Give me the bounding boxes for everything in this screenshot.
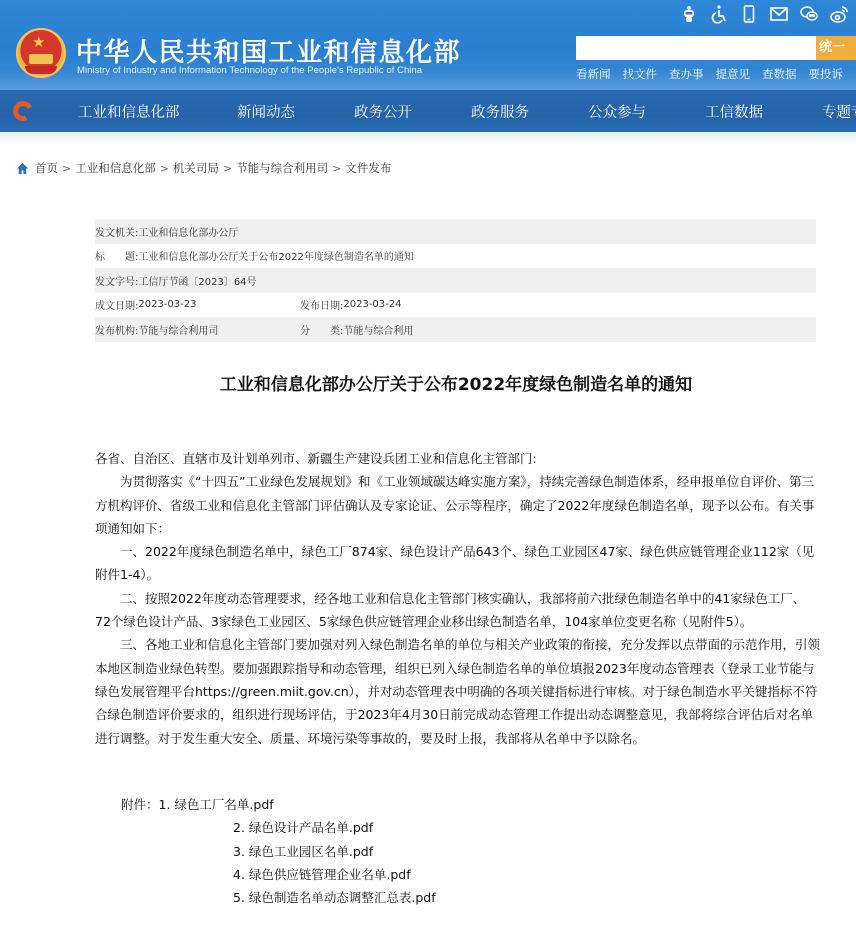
weibo-icon[interactable] bbox=[828, 3, 850, 25]
site-title[interactable]: 中华人民共和国工业和信息化部 bbox=[76, 32, 461, 69]
published-date-value: 2023-03-24 bbox=[343, 299, 401, 310]
quick-link-services[interactable]: 查办事 bbox=[669, 66, 704, 82]
attachment-row: 4. 绿色供应链管理企业名单.pdf bbox=[121, 863, 436, 886]
category-label: 分 类: bbox=[300, 322, 343, 337]
org-label: 发布机构: bbox=[95, 322, 138, 337]
issuer-label: 发文机关: bbox=[95, 224, 138, 239]
nav-item-government-affairs[interactable]: 政务公开 bbox=[354, 101, 412, 122]
breadcrumb-separator: > bbox=[62, 162, 71, 175]
title-label: 标 题: bbox=[95, 248, 138, 263]
doc-number-value: 工信厅节函〔2023〕64号 bbox=[138, 273, 256, 288]
nav-item-data[interactable]: 工信数据 bbox=[705, 101, 763, 122]
article-body: 各省、自治区、直辖市及计划单列市、新疆生产建设兵团工业和信息化主管部门: 为贯彻… bbox=[95, 447, 820, 750]
nav-logo-icon[interactable] bbox=[10, 98, 36, 124]
ribbon-shape bbox=[25, 66, 57, 74]
meta-row-issuer: 发文机关: 工业和信息化部办公厅 bbox=[95, 219, 816, 244]
attachments-label: 附件： bbox=[121, 793, 159, 816]
quick-link-news[interactable]: 看新闻 bbox=[576, 66, 611, 82]
quick-link-documents[interactable]: 找文件 bbox=[623, 66, 658, 82]
org-value: 节能与综合利用司 bbox=[138, 322, 218, 337]
attachment-link-4[interactable]: 4. 绿色供应链管理企业名单.pdf bbox=[233, 867, 411, 882]
nav-item-ministry[interactable]: 工业和信息化部 bbox=[78, 101, 180, 122]
attachment-row: 3. 绿色工业园区名单.pdf bbox=[121, 840, 436, 863]
article-title: 工业和信息化部办公厅关于公布2022年度绿色制造名单的通知 bbox=[0, 370, 856, 395]
quick-link-complaint[interactable]: 要投诉 bbox=[809, 66, 844, 82]
home-icon[interactable] bbox=[16, 162, 29, 175]
nav-item-topics[interactable]: 专题专栏 bbox=[822, 101, 856, 122]
org-cell: 发布机构: 节能与综合利用司 bbox=[95, 322, 300, 337]
star-icon: ★ bbox=[32, 35, 45, 50]
written-date-label: 成文日期: bbox=[95, 297, 138, 312]
attachment-link-1[interactable]: 1. 绿色工厂名单.pdf bbox=[159, 797, 274, 812]
paragraph-1: 一、2022年度绿色制造名单中，绿色工厂874家、绿色设计产品643个、绿色工业… bbox=[95, 540, 820, 587]
attachment-link-2[interactable]: 2. 绿色设计产品名单.pdf bbox=[233, 820, 373, 835]
nav-item-news[interactable]: 新闻动态 bbox=[237, 101, 295, 122]
breadcrumb-documents[interactable]: 文件发布 bbox=[345, 160, 391, 176]
doc-number-label: 发文字号: bbox=[95, 273, 138, 288]
published-date-label: 发布日期: bbox=[300, 297, 343, 312]
nav-shadow bbox=[0, 132, 856, 144]
tiananmen-gate-shape bbox=[29, 54, 53, 64]
paragraph-3: 三、各地工业和信息化主管部门要加强对列入绿色制造名单的单位与相关产业政策的衔接，… bbox=[95, 633, 820, 749]
breadcrumb-ministry[interactable]: 工业和信息化部 bbox=[75, 160, 156, 176]
site-header: ★ 中华人民共和国工业和信息化部 Ministry of Industry an… bbox=[0, 0, 856, 90]
attachment-row: 2. 绿色设计产品名单.pdf bbox=[121, 816, 436, 839]
written-date-cell: 成文日期: 2023-03-23 bbox=[95, 297, 300, 312]
title-value: 工业和信息化部办公厅关于公布2022年度绿色制造名单的通知 bbox=[138, 248, 413, 263]
category-cell: 分 类: 节能与综合利用 bbox=[300, 322, 413, 337]
meta-row-doc-number: 发文字号: 工信厅节函〔2023〕64号 bbox=[95, 268, 816, 293]
breadcrumb-separator: > bbox=[160, 162, 169, 175]
meta-row-dates: 成文日期: 2023-03-23 发布日期: 2023-03-24 bbox=[95, 293, 816, 318]
attachment-row: 附件：1. 绿色工厂名单.pdf bbox=[121, 793, 436, 816]
site-subtitle: Ministry of Industry and Information Tec… bbox=[77, 65, 422, 76]
breadcrumb-separator: > bbox=[332, 162, 341, 175]
search-button[interactable]: 统一 bbox=[816, 36, 856, 60]
attachment-row: 5. 绿色制造名单动态调整汇总表.pdf bbox=[121, 886, 436, 909]
quick-link-data[interactable]: 查数据 bbox=[762, 66, 797, 82]
accessibility-icon[interactable] bbox=[708, 3, 730, 25]
meta-row-org-category: 发布机构: 节能与综合利用司 分 类: 节能与综合利用 bbox=[95, 317, 816, 342]
top-icon-bar bbox=[678, 3, 850, 25]
site-search-input[interactable] bbox=[576, 36, 816, 60]
attachment-link-5[interactable]: 5. 绿色制造名单动态调整汇总表.pdf bbox=[233, 890, 436, 905]
salutation: 各省、自治区、直辖市及计划单列市、新疆生产建设兵团工业和信息化主管部门: bbox=[95, 447, 820, 470]
breadcrumb-departments[interactable]: 机关司局 bbox=[173, 160, 219, 176]
national-emblem-logo[interactable]: ★ bbox=[16, 28, 66, 78]
breadcrumb-energy-department[interactable]: 节能与综合利用司 bbox=[236, 160, 328, 176]
attachments: 附件：1. 绿色工厂名单.pdf 2. 绿色设计产品名单.pdf 3. 绿色工业… bbox=[121, 793, 436, 909]
issuer-value: 工业和信息化部办公厅 bbox=[138, 224, 238, 239]
breadcrumb-home[interactable]: 首页 bbox=[35, 160, 58, 176]
meta-row-title: 标 题: 工业和信息化部办公厅关于公布2022年度绿色制造名单的通知 bbox=[95, 244, 816, 269]
category-value: 节能与综合利用 bbox=[343, 322, 413, 337]
breadcrumb-separator: > bbox=[223, 162, 232, 175]
wechat-icon[interactable] bbox=[798, 3, 820, 25]
nav-item-services[interactable]: 政务服务 bbox=[471, 101, 529, 122]
paragraph-2: 二、按照2022年度动态管理要求，经各地工业和信息化主管部门核实确认，我部将前六… bbox=[95, 587, 820, 634]
written-date-value: 2023-03-23 bbox=[138, 299, 196, 310]
robot-assistant-icon[interactable] bbox=[678, 3, 700, 25]
mail-icon[interactable] bbox=[768, 3, 790, 25]
document-metadata: 发文机关: 工业和信息化部办公厅 标 题: 工业和信息化部办公厅关于公布2022… bbox=[95, 219, 816, 342]
paragraph-intro: 为贯彻落实《“十四五”工业绿色发展规划》和《工业领域碳达峰实施方案》，持续完善绿… bbox=[95, 470, 820, 540]
nav-item-public-participation[interactable]: 公众参与 bbox=[588, 101, 646, 122]
mobile-icon[interactable] bbox=[738, 3, 760, 25]
published-date-cell: 发布日期: 2023-03-24 bbox=[300, 297, 402, 312]
quick-links: 看新闻 找文件 查办事 提意见 查数据 要投诉 bbox=[576, 66, 843, 82]
breadcrumb: 首页 > 工业和信息化部 > 机关司局 > 节能与综合利用司 > 文件发布 bbox=[16, 160, 391, 176]
attachment-link-3[interactable]: 3. 绿色工业园区名单.pdf bbox=[233, 844, 373, 859]
main-nav: 工业和信息化部 新闻动态 政务公开 政务服务 公众参与 工信数据 专题专栏 bbox=[0, 90, 856, 132]
quick-link-feedback[interactable]: 提意见 bbox=[716, 66, 751, 82]
